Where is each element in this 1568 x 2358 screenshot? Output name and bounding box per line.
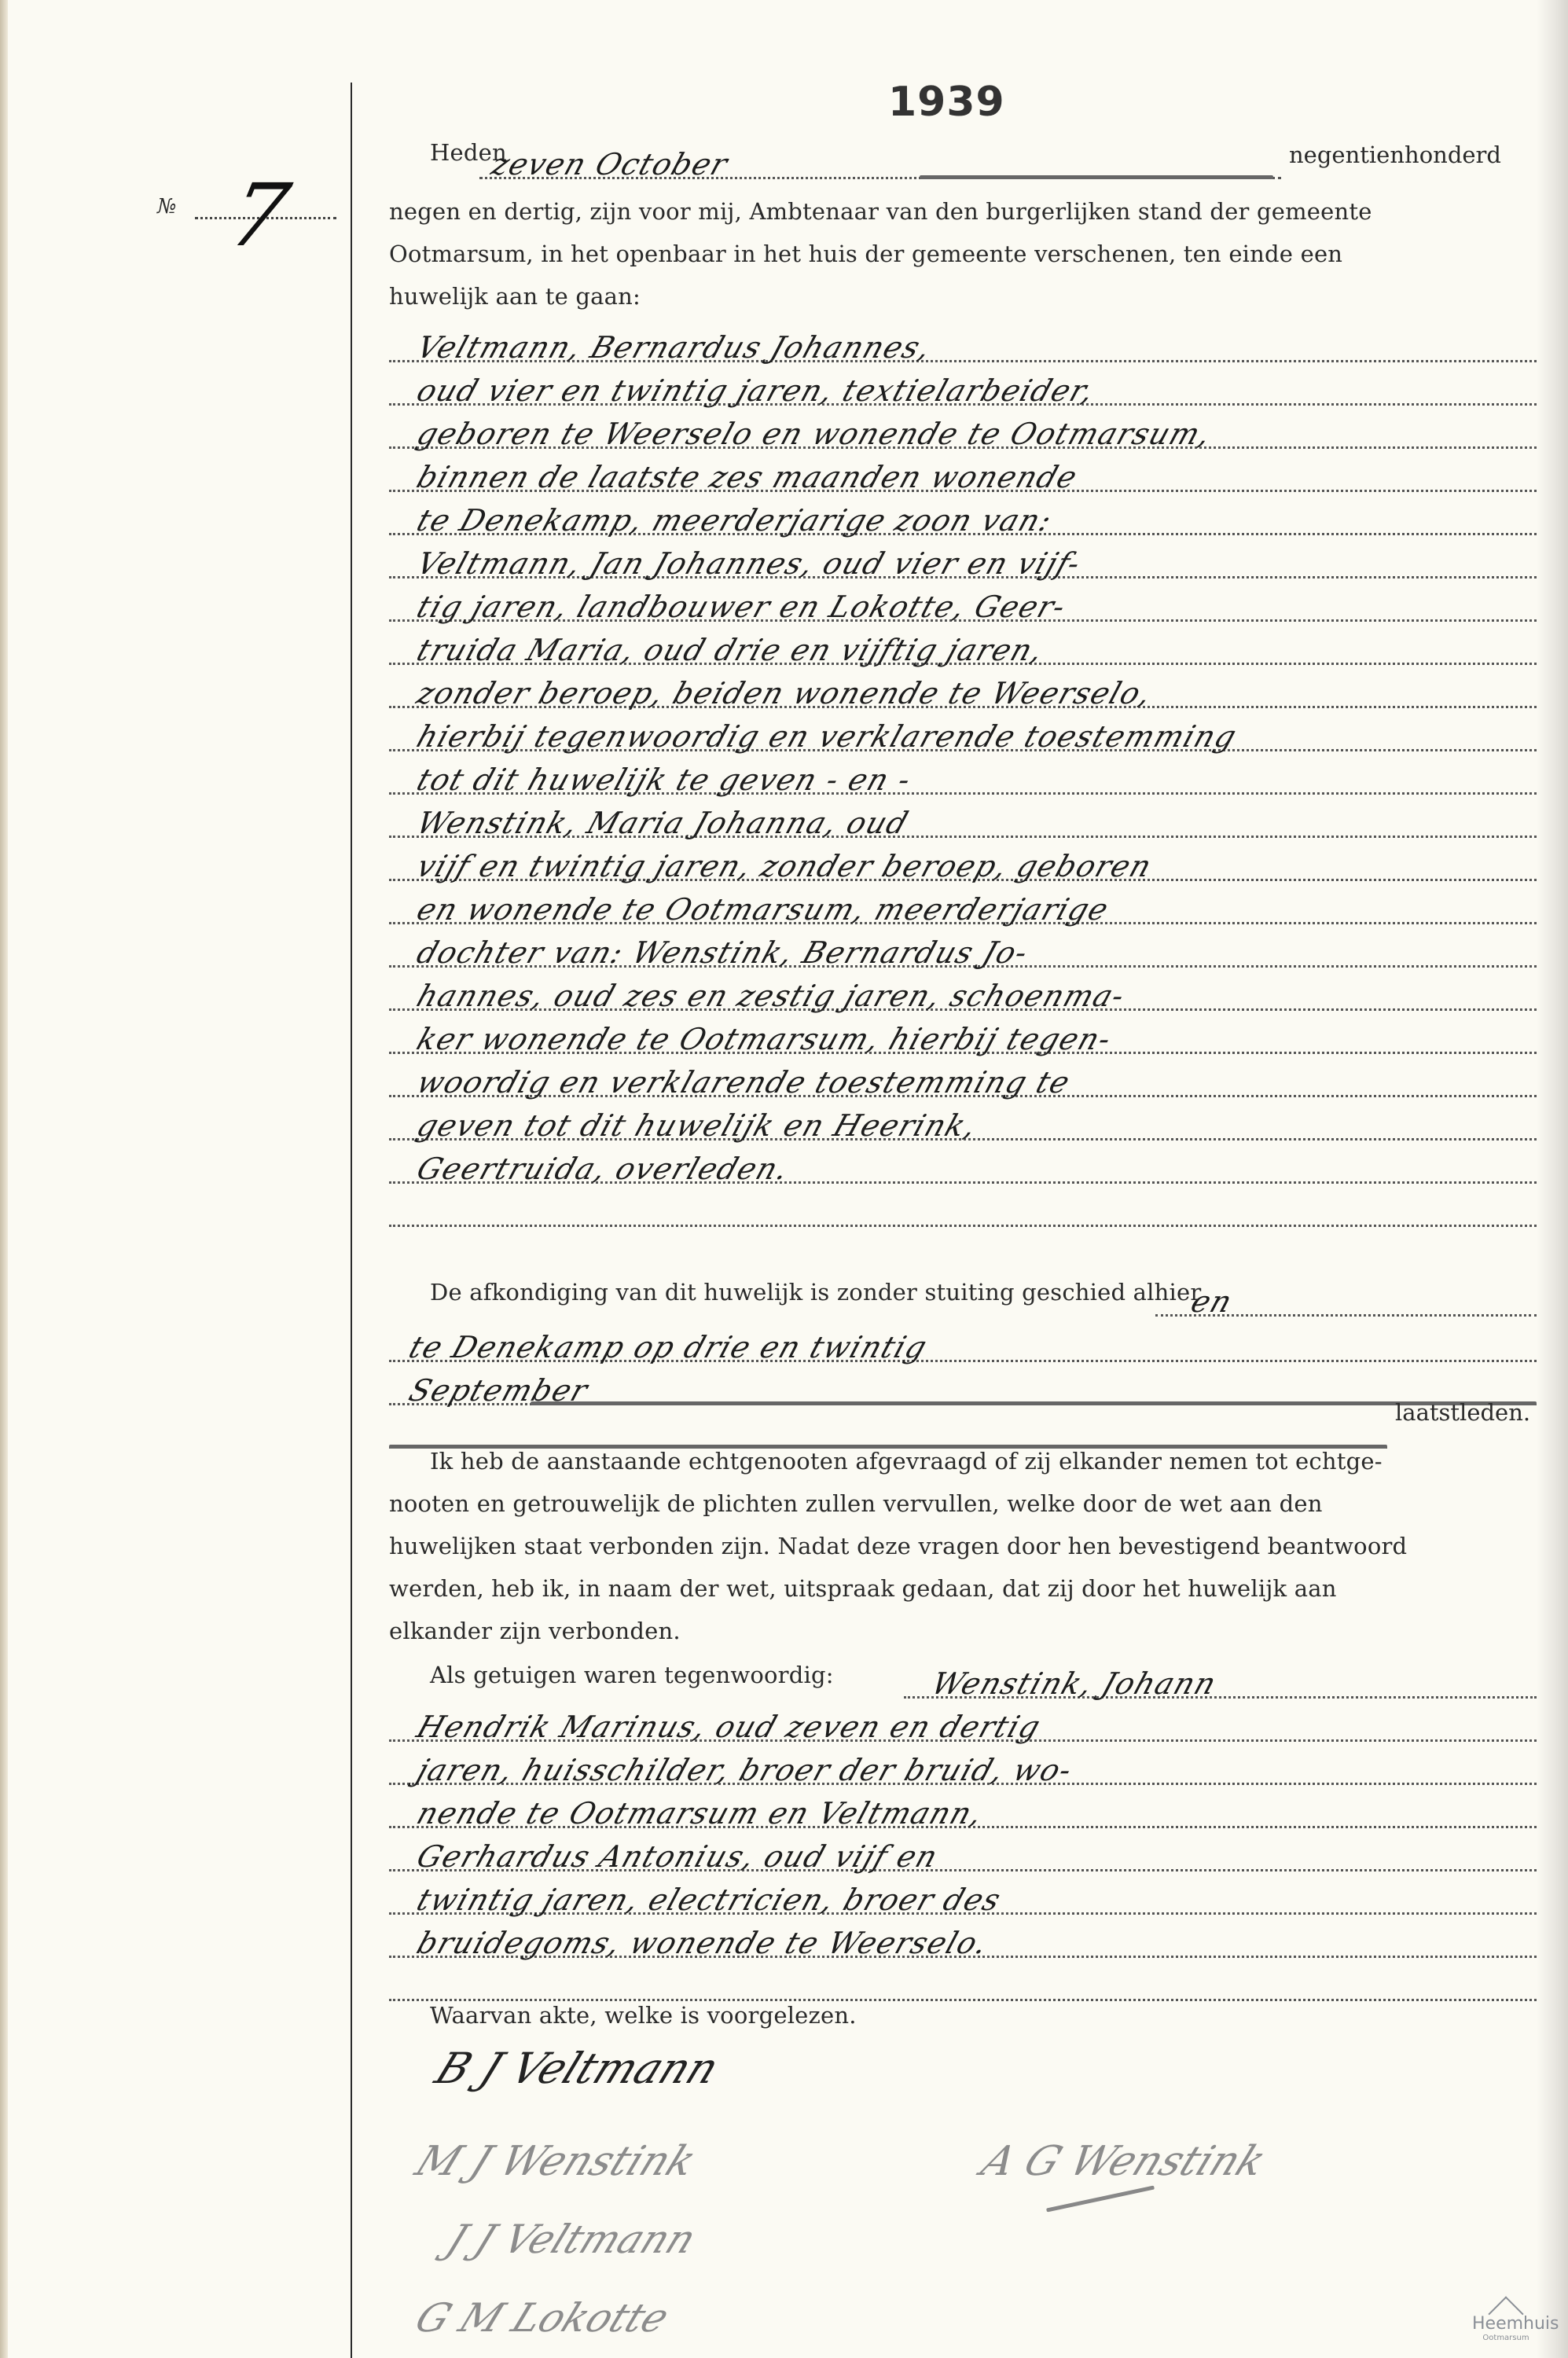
party-line: oud vier en twintig jaren, textielarbeid… [389,356,1537,406]
proclamation-field-3: September [389,1356,1537,1405]
closing-text: Waarvan akte, welke is voorgelezen. [389,2002,857,2029]
date-fill-stroke [920,175,1273,179]
party-line: ker wonende te Ootmarsum, hierbij tegen- [389,1005,1537,1054]
signature-bride: A G Wenstink [975,2138,1272,2185]
intro-line-1: negen en dertig, zijn voor mij, Ambtenaa… [389,189,1537,235]
party-line: Geertruida, overleden. [389,1134,1537,1184]
date-suffix: negentienhonderd [1289,141,1501,168]
party-line: tig jaren, landbouwer en Lokotte, Geer- [389,572,1537,622]
declaration-line-3: huwelijken staat verbonden zijn. Nadat d… [389,1523,1537,1570]
party-line: geven tot dit huwelijk en Heerink, [389,1091,1537,1140]
declaration-line-2: nooten en getrouwelijk de plichten zulle… [389,1481,1537,1527]
witness-line: twintig jaren, electricien, broer des [389,1865,1537,1915]
party-line: zonder beroep, beiden wonende te Weersel… [389,659,1537,708]
party-line: vijf en twintig jaren, zonder beroep, ge… [389,832,1537,881]
party-line [389,1177,1537,1227]
party-line: Veltmann, Jan Johannes, oud vier en vijf… [389,529,1537,578]
signature-witness-3: G M Lokotte [409,2295,676,2341]
closing-line: Waarvan akte, welke is voorgelezen. [389,1993,1537,2039]
proclamation-field-2: te Denekamp op drie en twintig [389,1313,1537,1362]
watermark-location: Ootmarsum [1472,2334,1540,2342]
witness-line: Hendrik Marinus, oud zeven en dertig [389,1692,1537,1742]
declaration-line-4: werden, heb ik, in naam der wet, uitspra… [389,1566,1537,1612]
signature-witness-1: M J Wenstink [409,2138,703,2185]
akte-number: № 7 [157,195,177,219]
akte-number-label: № [157,195,177,219]
proclamation-field-1: en [1155,1267,1537,1317]
party-line: geboren te Weerselo en wonende te Ootmar… [389,399,1537,449]
witness-line: jaren, huisschilder, broer der bruid, wo… [389,1735,1537,1785]
party-line: dochter van: Wenstink, Bernardus Jo- [389,918,1537,968]
party-line: en wonende te Ootmarsum, meerderjarige [389,875,1537,924]
akte-number-value: 7 [221,165,297,266]
proclamation-text: De afkondiging van dit huwelijk is zonde… [389,1279,1201,1306]
date-handwritten: zeven October [487,147,733,182]
proclamation-suffix: laatstleden. [1395,1399,1530,1426]
page-binding-edge [0,0,8,2358]
signature-groom: B J Veltmann [428,2044,726,2093]
party-line: truida Maria, oud drie en vijftig jaren, [389,615,1537,665]
date-field: zeven October [479,130,1281,179]
witness-line: bruidegoms, wonende te Weerselo. [389,1908,1537,1958]
witness-line: Gerhardus Antonius, oud vijf en [389,1822,1537,1871]
witness-line: nende te Ootmarsum en Veltmann, [389,1779,1537,1828]
party-line: Wenstink, Maria Johanna, oud [389,788,1537,838]
witnesses-label: Als getuigen waren tegenwoordig: [389,1662,834,1688]
heemhuis-watermark: Heemhuis Ootmarsum [1472,2301,1540,2342]
party-line: binnen de laatste zes maanden wonende [389,443,1537,492]
declaration-text-1: Ik heb de aanstaande echtgenooten afgevr… [389,1448,1383,1475]
signature-witness-2: J J Veltmann [440,2217,703,2262]
party-line: tot dit huwelijk te geven - en - [389,745,1537,795]
declaration-line-1: Ik heb de aanstaande echtgenooten afgevr… [389,1438,1537,1485]
party-line: hannes, oud zes en zestig jaren, schoenm… [389,961,1537,1011]
witness-line: Wenstink, Johann [904,1649,1537,1699]
register-year: 1939 [888,79,1005,126]
declaration-line-5: elkander zijn verbonden. [389,1608,1537,1655]
party-line: hierbij tegenwoordig en verklarende toes… [389,702,1537,751]
page-curl-shadow [1537,0,1568,2358]
party-line: woordig en verklarende toestemming te [389,1048,1537,1097]
margin-rule [351,83,352,2358]
signature-flourish [1046,2186,1155,2213]
party-line: Veltmann, Bernardus Johannes, [389,313,1537,362]
party-line: te Denekamp, meerderjarige zoon van: [389,486,1537,535]
intro-line-2: Ootmarsum, in het openbaar in het huis d… [389,231,1537,277]
